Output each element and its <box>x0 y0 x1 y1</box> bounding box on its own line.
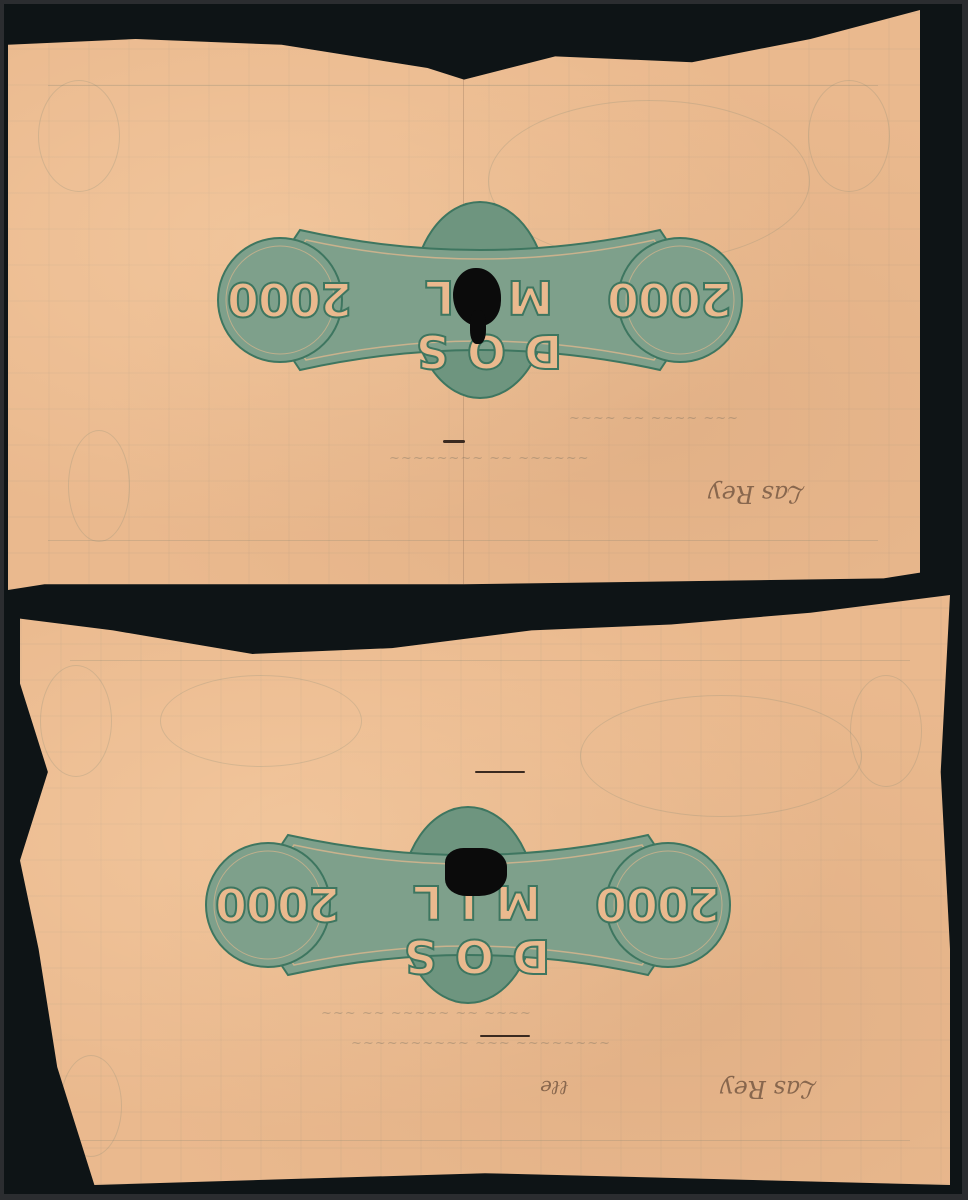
bleed-through-border <box>70 660 910 661</box>
bleed-through-text: ~~~~~~~~ ~~~ ~~~~~~~~~~ <box>350 1035 610 1050</box>
denomination-emblem: 2000 DOS MIL 2000 <box>198 805 738 1005</box>
bleed-through-text: ~~~~ ~~ ~~~~~ ~~ ~~~ <box>320 1005 531 1020</box>
denomination-numeral-left: 2000 <box>216 877 340 931</box>
tear-mark <box>443 440 465 443</box>
bleed-through-ornament <box>808 80 890 192</box>
bleed-through-ornament <box>40 665 112 777</box>
punch-hole <box>445 848 507 896</box>
tear-mark <box>480 1035 530 1037</box>
bleed-through-signature: ℒas Rey <box>720 1075 817 1103</box>
bleed-through-text: ~~~~~~ ~~ ~~~~~~~~ <box>388 450 589 465</box>
denomination-numeral-left: 2000 <box>228 272 352 326</box>
bleed-through-ornament <box>160 675 362 767</box>
bleed-through-ornament <box>580 695 862 817</box>
banknote-bottom: ~~~~ ~~ ~~~~~ ~~ ~~~ ~~~~~~~~ ~~~ ~~~~~~… <box>20 595 950 1185</box>
denomination-numeral-right: 2000 <box>596 877 720 931</box>
banknote-top: ~~~ ~~~~ ~~ ~~~~ ~~~~~~ ~~ ~~~~~~~~ ℒas … <box>8 10 920 590</box>
punch-hole-tail <box>470 310 486 344</box>
tear-mark <box>475 771 525 773</box>
bleed-through-signature: ℓℓe <box>540 1075 569 1100</box>
bleed-through-ornament <box>850 675 922 787</box>
denomination-numeral-right: 2000 <box>608 272 732 326</box>
bleed-through-border <box>70 1140 910 1141</box>
bleed-through-signature: ℒas Rey <box>708 480 805 508</box>
bleed-through-ornament <box>68 430 130 542</box>
bleed-through-text: ~~~ ~~~~ ~~ ~~~~ <box>568 410 738 425</box>
bleed-through-ornament <box>38 80 120 192</box>
